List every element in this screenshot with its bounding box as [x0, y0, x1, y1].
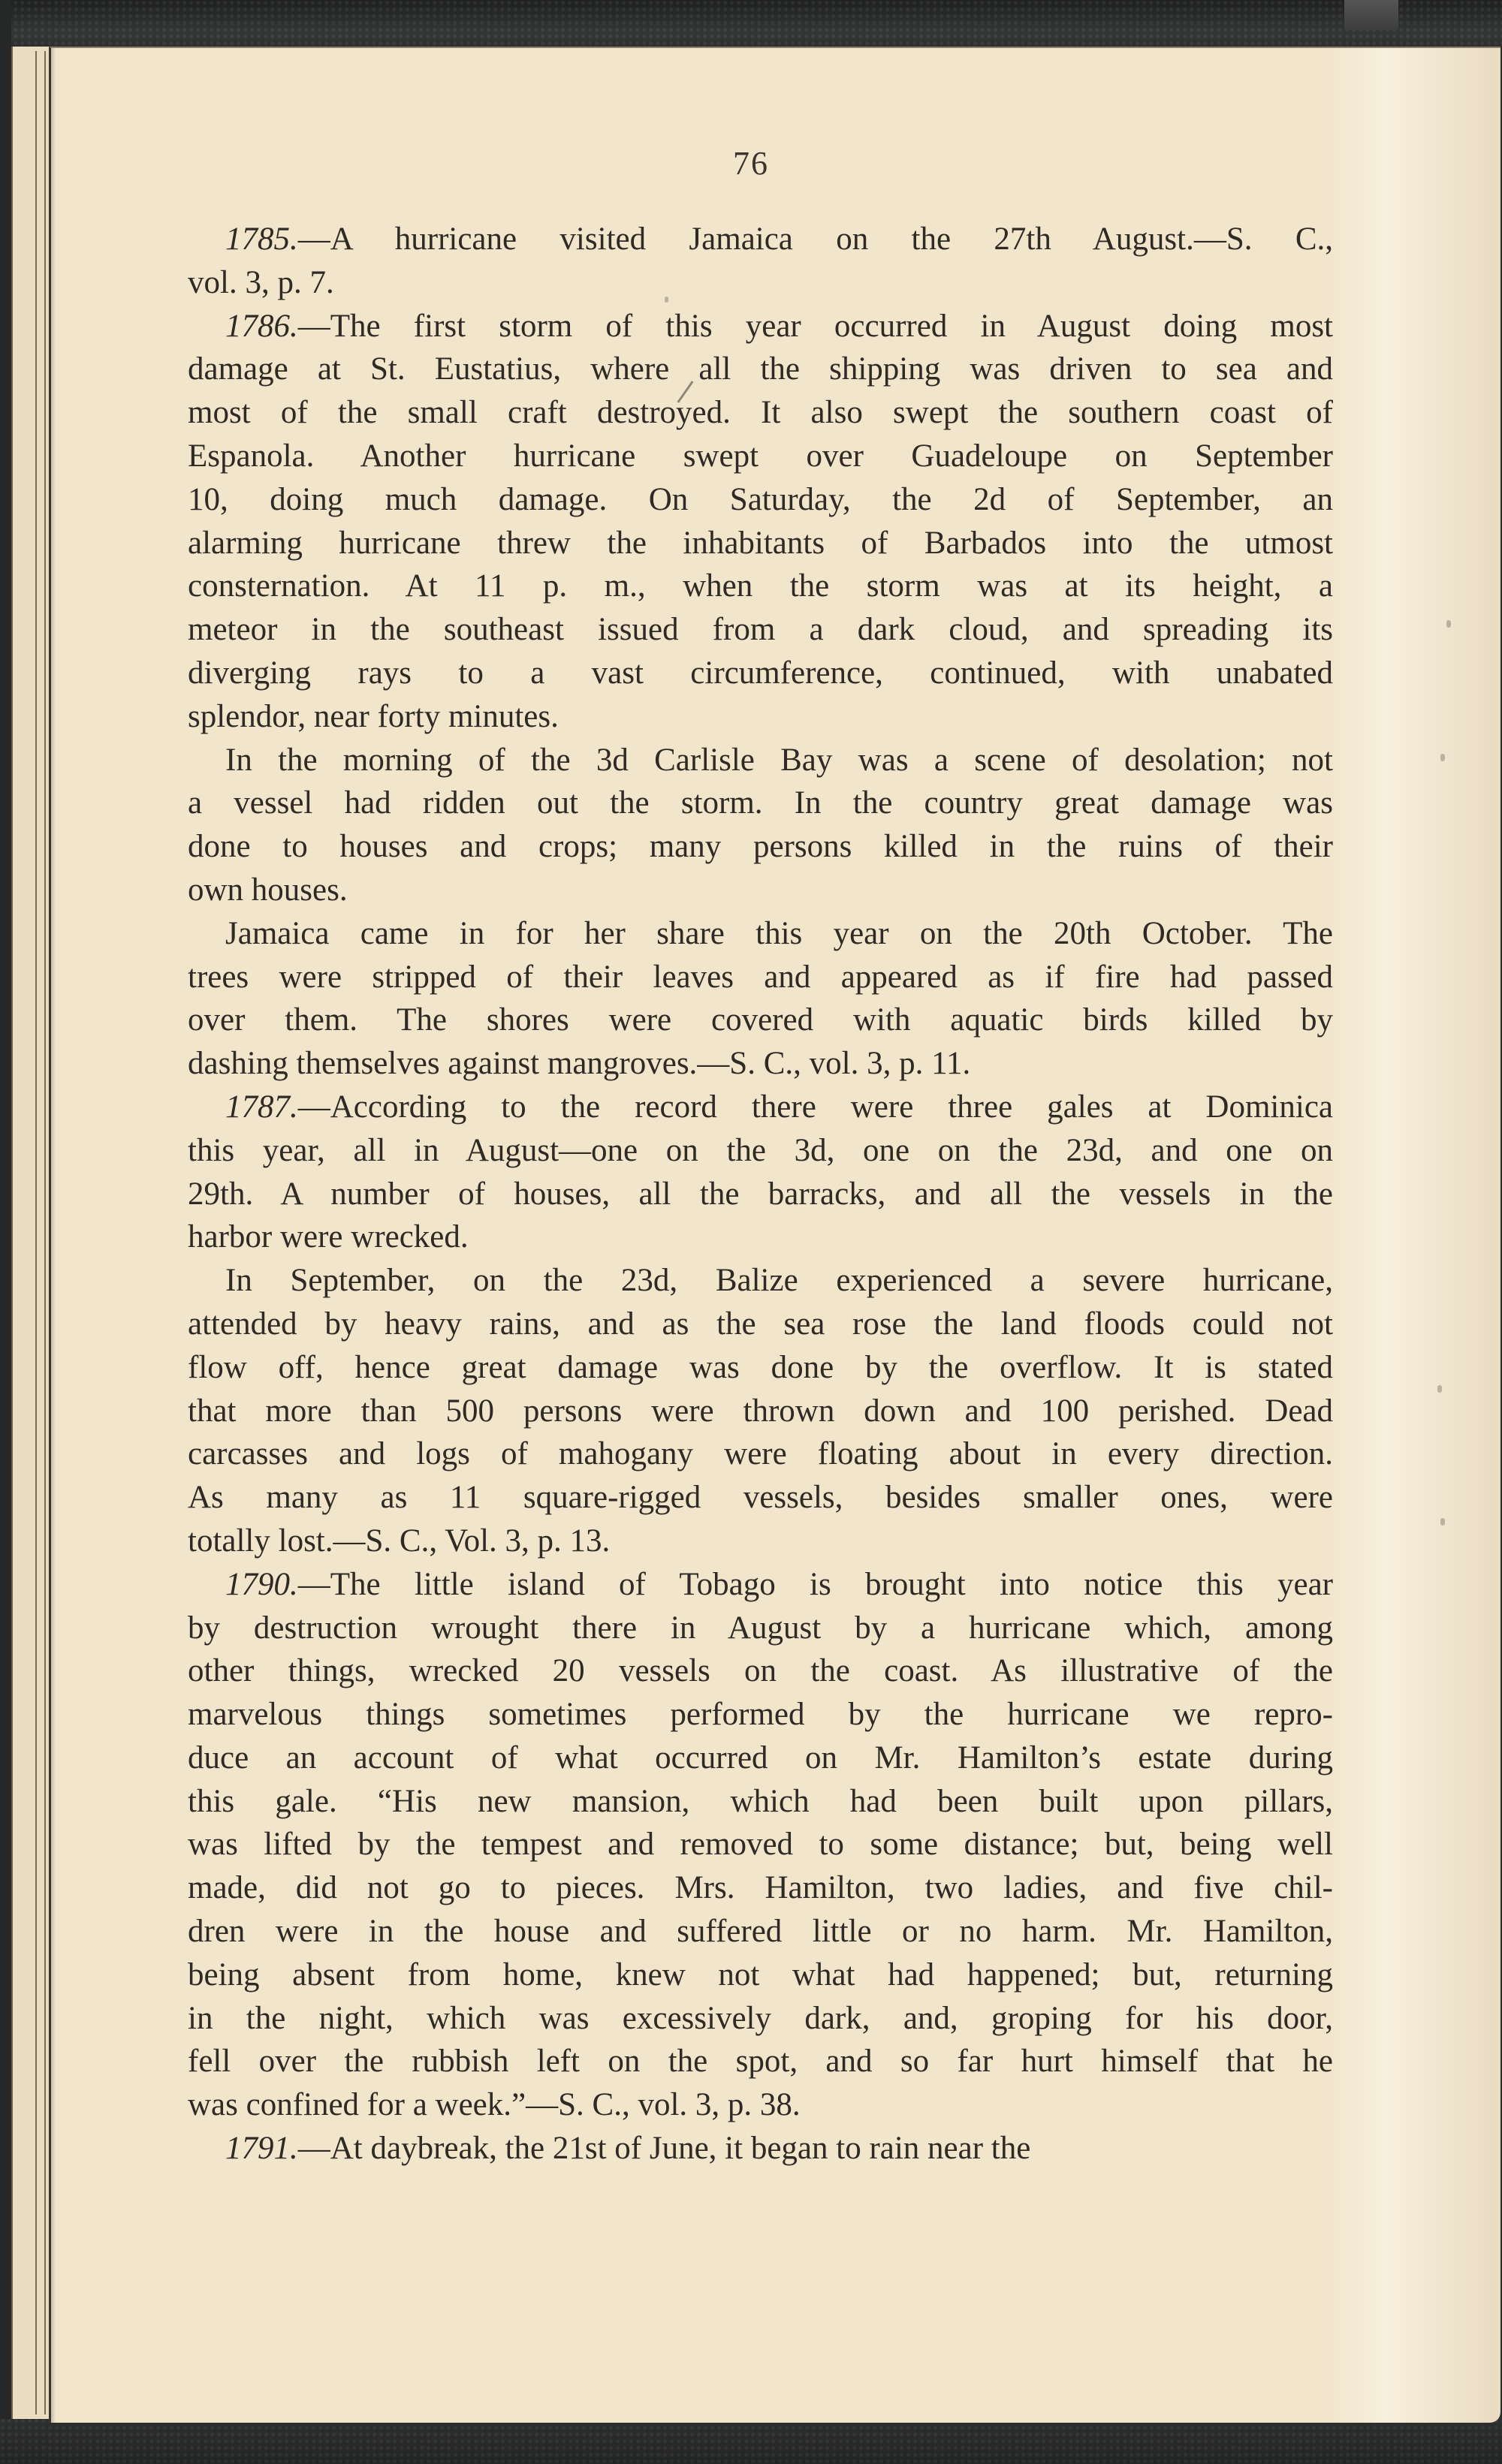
line-text: vol. 3, p. 7. — [188, 265, 334, 300]
line-text: other things, wrecked 20 vessels on the … — [188, 1653, 1333, 1688]
text-line: this gale. “His new mansion, which had b… — [188, 1780, 1333, 1824]
page-stack-edges — [11, 47, 52, 2419]
line-text: by destruction wrought there in August b… — [188, 1610, 1333, 1646]
text-line: 29th. A number of houses, all the barrac… — [188, 1173, 1333, 1216]
line-text: a vessel had ridden out the storm. In th… — [188, 785, 1333, 821]
text-line: was lifted by the tempest and removed to… — [188, 1823, 1333, 1866]
text-line: In the morning of the 3d Carlisle Bay wa… — [188, 739, 1333, 782]
line-text: damage at St. Eustatius, where all the s… — [188, 351, 1333, 387]
text-line: diverging rays to a vast circumference, … — [188, 652, 1333, 695]
text-line: by destruction wrought there in August b… — [188, 1607, 1333, 1650]
text-line: flow off, hence great damage was done by… — [188, 1346, 1333, 1390]
paragraph: 1785.—A hurricane visited Jamaica on the… — [188, 218, 1333, 305]
line-text: diverging rays to a vast circumference, … — [188, 655, 1333, 691]
line-text: done to houses and crops; many persons k… — [188, 829, 1333, 864]
line-text: In September, on the 23d, Balize experie… — [225, 1263, 1333, 1298]
line-text: dashing themselves against mangroves.—S.… — [188, 1046, 970, 1081]
paper-speck — [1446, 620, 1451, 628]
line-text: was lifted by the tempest and removed to… — [188, 1827, 1333, 1862]
line-text: attended by heavy rains, and as the sea … — [188, 1306, 1333, 1342]
book-cover-bottom — [0, 2419, 1502, 2464]
text-line: 1790.—The little island of Tobago is bro… — [188, 1563, 1333, 1607]
page-edge-line — [35, 51, 37, 2414]
line-text: —At daybreak, the 21st of June, it began… — [298, 2131, 1031, 2166]
year-heading: 1787. — [225, 1089, 298, 1125]
text-line: 1785.—A hurricane visited Jamaica on the… — [188, 218, 1333, 261]
paragraph: 1790.—The little island of Tobago is bro… — [188, 1563, 1333, 2127]
line-text: that more than 500 persons were thrown d… — [188, 1393, 1333, 1429]
paragraph: In September, on the 23d, Balize experie… — [188, 1259, 1333, 1563]
line-text: carcasses and logs of mahogany were floa… — [188, 1436, 1333, 1471]
text-line: dashing themselves against mangroves.—S.… — [188, 1042, 1333, 1086]
body-text: 1785.—A hurricane visited Jamaica on the… — [188, 218, 1333, 2170]
text-line: 1786.—The first storm of this year occur… — [188, 305, 1333, 348]
text-line: 1791.—At daybreak, the 21st of June, it … — [188, 2127, 1333, 2170]
line-text: made, did not go to pieces. Mrs. Hamilto… — [188, 1870, 1333, 1905]
text-line: splendor, near forty minutes. — [188, 695, 1333, 739]
text-line: that more than 500 persons were thrown d… — [188, 1390, 1333, 1433]
year-heading: 1786. — [225, 309, 298, 344]
line-text: 10, doing much damage. On Saturday, the … — [188, 482, 1333, 517]
text-line: duce an account of what occurred on Mr. … — [188, 1737, 1333, 1780]
line-text: in the night, which was excessively dark… — [188, 2001, 1333, 2036]
text-line: harbor were wrecked. — [188, 1215, 1333, 1259]
line-text: splendor, near forty minutes. — [188, 699, 559, 734]
line-text: duce an account of what occurred on Mr. … — [188, 1740, 1333, 1776]
line-text: being absent from home, knew not what ha… — [188, 1957, 1333, 1993]
line-text: fell over the rubbish left on the spot, … — [188, 2044, 1333, 2079]
paragraph: 1786.—The first storm of this year occur… — [188, 305, 1333, 739]
line-text: Jamaica came in for her share this year … — [225, 916, 1333, 951]
line-text: 29th. A number of houses, all the barrac… — [188, 1176, 1333, 1212]
text-line: vol. 3, p. 7. — [188, 261, 1333, 305]
line-text: own houses. — [188, 872, 348, 908]
line-text: trees were stripped of their leaves and … — [188, 959, 1333, 995]
line-text: was confined for a week.”—S. C., vol. 3,… — [188, 2087, 801, 2122]
text-line: In September, on the 23d, Balize experie… — [188, 1259, 1333, 1303]
line-text: meteor in the southeast issued from a da… — [188, 612, 1333, 647]
line-text: consternation. At 11 p. m., when the sto… — [188, 568, 1333, 604]
text-line: this year, all in August—one on the 3d, … — [188, 1129, 1333, 1173]
line-text: Espanola. Another hurricane swept over G… — [188, 438, 1333, 474]
book-cover-left — [0, 0, 11, 2464]
line-text: totally lost.—S. C., Vol. 3, p. 13. — [188, 1523, 610, 1559]
paragraph: 1791.—At daybreak, the 21st of June, it … — [188, 2127, 1333, 2170]
text-line: alarming hurricane threw the inhabitants… — [188, 522, 1333, 565]
text-line: was confined for a week.”—S. C., vol. 3,… — [188, 2083, 1333, 2127]
year-heading: 1790. — [225, 1567, 298, 1602]
text-line: made, did not go to pieces. Mrs. Hamilto… — [188, 1866, 1333, 1910]
paper-speck — [1440, 1518, 1445, 1526]
paper-speck — [1440, 754, 1445, 761]
text-line: damage at St. Eustatius, where all the s… — [188, 348, 1333, 391]
line-text: alarming hurricane threw the inhabitants… — [188, 526, 1333, 561]
text-line: in the night, which was excessively dark… — [188, 1997, 1333, 2041]
text-line: consternation. At 11 p. m., when the sto… — [188, 565, 1333, 608]
line-text: In the morning of the 3d Carlisle Bay wa… — [225, 743, 1333, 778]
line-text: flow off, hence great damage was done by… — [188, 1350, 1333, 1385]
text-line: dren were in the house and suffered litt… — [188, 1910, 1333, 1953]
text-line: Espanola. Another hurricane swept over G… — [188, 435, 1333, 478]
page-edge-line — [44, 51, 46, 2414]
book-cover-clasp — [1344, 0, 1398, 30]
line-text: this gale. “His new mansion, which had b… — [188, 1784, 1333, 1819]
text-line: trees were stripped of their leaves and … — [188, 956, 1333, 999]
line-text: over them. The shores were covered with … — [188, 1002, 1333, 1038]
text-line: a vessel had ridden out the storm. In th… — [188, 782, 1333, 825]
text-line: being absent from home, knew not what ha… — [188, 1953, 1333, 1997]
text-line: fell over the rubbish left on the spot, … — [188, 2040, 1333, 2083]
text-line: As many as 11 square-rigged vessels, bes… — [188, 1476, 1333, 1520]
text-line: totally lost.—S. C., Vol. 3, p. 13. — [188, 1520, 1333, 1563]
text-line: done to houses and crops; many persons k… — [188, 825, 1333, 869]
line-text: marvelous things sometimes performed by … — [188, 1697, 1333, 1732]
text-line: other things, wrecked 20 vessels on the … — [188, 1649, 1333, 1693]
line-text: —The little island of Tobago is brought … — [298, 1567, 1333, 1602]
paper-speck — [1437, 1385, 1442, 1393]
text-line: over them. The shores were covered with … — [188, 999, 1333, 1042]
paragraph: 1787.—According to the record there were… — [188, 1086, 1333, 1259]
text-line: 1787.—According to the record there were… — [188, 1086, 1333, 1129]
line-text: this year, all in August—one on the 3d, … — [188, 1133, 1333, 1168]
line-text: As many as 11 square-rigged vessels, bes… — [188, 1480, 1333, 1515]
text-line: meteor in the southeast issued from a da… — [188, 608, 1333, 652]
text-line: attended by heavy rains, and as the sea … — [188, 1303, 1333, 1346]
text-line: carcasses and logs of mahogany were floa… — [188, 1432, 1333, 1476]
line-text: harbor were wrecked. — [188, 1219, 469, 1255]
text-line: Jamaica came in for her share this year … — [188, 912, 1333, 956]
line-text: dren were in the house and suffered litt… — [188, 1914, 1333, 1949]
text-line: own houses. — [188, 869, 1333, 912]
line-text: most of the small craft destroyed. It al… — [188, 395, 1333, 430]
paragraph: Jamaica came in for her share this year … — [188, 912, 1333, 1086]
year-heading: 1785. — [225, 221, 298, 257]
year-heading: 1791. — [225, 2131, 298, 2166]
text-line: most of the small craft destroyed. It al… — [188, 391, 1333, 435]
paragraph: In the morning of the 3d Carlisle Bay wa… — [188, 739, 1333, 912]
line-text: —According to the record there were thre… — [298, 1089, 1333, 1125]
line-text: —The first storm of this year occurred i… — [298, 309, 1333, 344]
text-line: marvelous things sometimes performed by … — [188, 1693, 1333, 1737]
book-cover-top — [0, 0, 1502, 48]
line-text: —A hurricane visited Jamaica on the 27th… — [298, 221, 1333, 257]
page-number: 76 — [0, 144, 1502, 182]
text-line: 10, doing much damage. On Saturday, the … — [188, 478, 1333, 522]
